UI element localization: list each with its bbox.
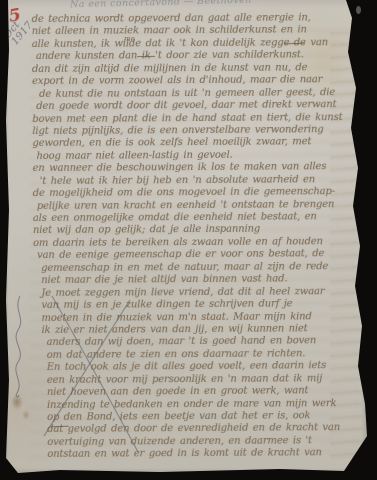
manuscript-line: Je moet zeggen mijn lieve vriend, dat di… <box>33 286 355 300</box>
scan-background: Na een concertavond — Beethoven 5 Oct 19… <box>0 0 377 480</box>
manuscript-line: geworden, en die is ook zelfs heel moeil… <box>32 136 354 150</box>
paper-stain <box>22 410 30 420</box>
paper-stain <box>11 394 23 410</box>
faint-pencil-header: Na een concertavond — Beethoven <box>70 0 252 10</box>
manuscript-page: Na een concertavond — Beethoven 5 Oct 19… <box>0 0 377 480</box>
manuscript-text: de technica wordt opgevoerd dan gaat all… <box>32 12 357 462</box>
manuscript-line: gemeenschap in en met de natuur, maar al… <box>33 261 355 275</box>
manuscript-line: als een onmogelijke omdat die eenheid ni… <box>33 211 355 225</box>
manuscript-line: anders dan wij doen, maar 't is goed han… <box>34 335 356 349</box>
manuscript-line: ontstaan en wat er goed in is komt uit d… <box>34 447 356 461</box>
interlinear-insertion: me <box>124 35 135 43</box>
dust-speck <box>356 6 361 14</box>
manuscript-line: alle kunsten, ik wilde dat ik 't kon dui… <box>32 37 354 51</box>
vertical-margin-scribble <box>16 296 21 397</box>
